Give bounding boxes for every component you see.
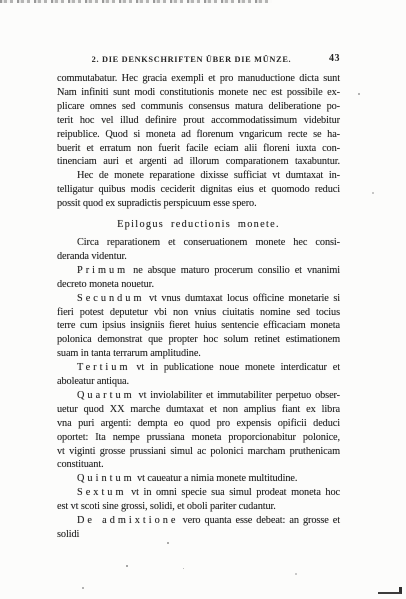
text-line: Hec de monete reparatione dixisse suffic… <box>57 169 340 183</box>
scanned-page: 2. DIE DENKSCHRIFTEN ÜBER DIE MÜNZE. 43 … <box>0 0 406 599</box>
text-line: reipublice. Quod si moneta ad florenum v… <box>57 128 340 142</box>
text-line: plicare omnes sed communis consensus mat… <box>57 100 340 114</box>
text-line: aboleatur antiqua. <box>57 375 340 389</box>
paragraph: commutabatur. Hec gracia exempli et pro … <box>57 72 340 169</box>
text-line: uetur quod XX marche dumtaxat et non amp… <box>57 403 340 417</box>
text-line: Quintum vt caueatur a nimia monete multi… <box>57 472 340 486</box>
text-line: commutabatur. Hec gracia exempli et pro … <box>57 72 340 86</box>
text-line: Secundum vt vnus dumtaxat locus officine… <box>57 292 340 306</box>
text-line: Sextum vt in omni specie sua simul prode… <box>57 486 340 500</box>
page-number: 43 <box>329 53 340 64</box>
text-line: possit quod ex supradictis perspicuum es… <box>57 197 340 211</box>
text-line: oportet: Ita nempe prussiana moneta prop… <box>57 431 340 445</box>
text-line: De admixtione vero quanta esse debeat: a… <box>57 514 340 542</box>
text-line: decreto moneta nouetur. <box>57 278 340 292</box>
spaced-keyword: Tertium <box>77 362 130 373</box>
text-line: polonica demonstrat que propter hoc solu… <box>57 333 340 347</box>
text-line: terre cum ipsius insigniis fieret huius … <box>57 319 340 333</box>
text-body: commutabatur. Hec gracia exempli et pro … <box>57 72 340 542</box>
scan-speck <box>183 568 184 569</box>
paragraph: Tertium vt in publicatione noue monete i… <box>57 361 340 389</box>
page-header: 2. DIE DENKSCHRIFTEN ÜBER DIE MÜNZE. 43 <box>57 53 340 66</box>
section-heading: Epilogus reductionis monete. <box>57 218 340 232</box>
text-line: deranda videntur. <box>57 250 340 264</box>
paragraph: Sextum vt in omni specie sua simul prode… <box>57 486 340 514</box>
paragraph: De admixtione vero quanta esse debeat: a… <box>57 514 340 542</box>
scan-speck <box>82 587 84 589</box>
text-line: constituant. <box>57 458 340 472</box>
heading-line: Epilogus reductionis monete. <box>57 218 340 232</box>
scan-speck <box>126 565 128 567</box>
corner-mark <box>378 587 402 594</box>
scan-speck <box>295 573 297 575</box>
running-title: 2. DIE DENKSCHRIFTEN ÜBER DIE MÜNZE. <box>57 55 326 64</box>
spaced-keyword: Secundum <box>77 293 144 304</box>
text-line: vna puri argenti: dempta eo quod pro exp… <box>57 417 340 431</box>
spaced-keyword: Quartum <box>77 390 135 401</box>
paragraph: Quartum vt inviolabiliter et immutabilit… <box>57 389 340 472</box>
text-line: vt viginti grosse prussiani simul ac pol… <box>57 445 340 459</box>
text-line: Tertium vt in publicatione noue monete i… <box>57 361 340 375</box>
scan-speck <box>358 93 360 95</box>
text-line: suam in tanta terrarum amplitudine. <box>57 347 340 361</box>
text-line: Primum ne absque maturo procerum consili… <box>57 264 340 278</box>
text-line: buerit et erratum non fuerit facile ecia… <box>57 142 340 156</box>
spaced-keyword: Primum <box>77 265 128 276</box>
spaced-keyword: Quintum <box>77 473 135 484</box>
text-line: Quartum vt inviolabiliter et immutabilit… <box>57 389 340 403</box>
text-line: fieri potest deputetur vbi non vnius ciu… <box>57 306 340 320</box>
text-line: terit hoc vel illud definire prout accom… <box>57 114 340 128</box>
scan-edge-band <box>0 0 272 3</box>
paragraph: Secundum vt vnus dumtaxat locus officine… <box>57 292 340 362</box>
spaced-keyword: Sextum <box>77 487 126 498</box>
text-line: Nam infiniti sunt modi constitutionis mo… <box>57 86 340 100</box>
text-line: est vt scoti sine grossi, solidi, et obo… <box>57 500 340 514</box>
paragraph: Circa reparationem et conseruationem mon… <box>57 236 340 264</box>
spaced-keyword: De admixtione <box>77 515 179 526</box>
scan-speck <box>372 192 374 194</box>
text-line: tinenciam auri et argenti ad illorum com… <box>57 155 340 169</box>
paragraph: Hec de monete reparatione dixisse suffic… <box>57 169 340 211</box>
text-line: Circa reparationem et conseruationem mon… <box>57 236 340 250</box>
paragraph: Quintum vt caueatur a nimia monete multi… <box>57 472 340 486</box>
paragraph: Primum ne absque maturo procerum consili… <box>57 264 340 292</box>
scan-speck <box>167 542 169 544</box>
text-line: telligatur quibus modis ceciderit dignit… <box>57 183 340 197</box>
